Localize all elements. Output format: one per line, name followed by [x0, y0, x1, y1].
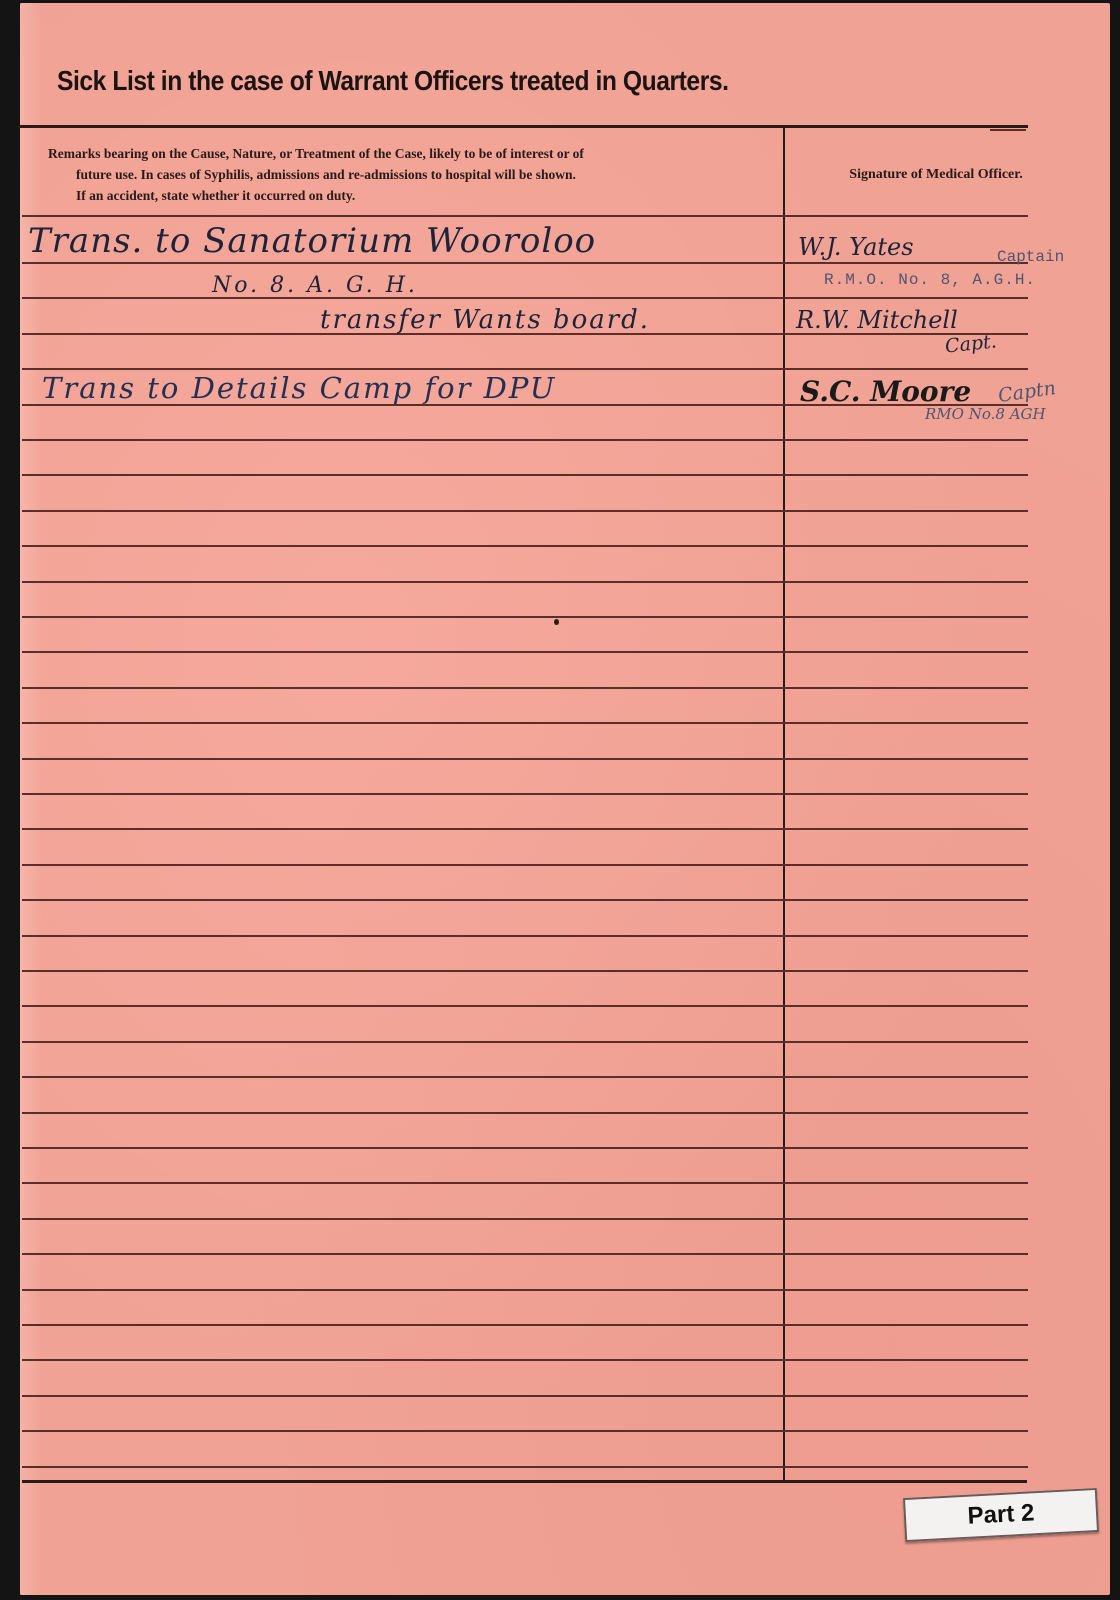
remarks-header-line-3: If an accident, state whether it occurre…: [48, 185, 768, 206]
ruled-line: [22, 1182, 1028, 1184]
ruled-line: [22, 474, 1028, 476]
ruled-line: [22, 1324, 1028, 1326]
ruled-line: [22, 758, 1028, 760]
ruled-line: [22, 1218, 1028, 1220]
ruled-line: [22, 1466, 1028, 1468]
ruled-line: [22, 1147, 1028, 1149]
entry-1-signature-2: R.W. Mitchell: [796, 306, 958, 334]
ruled-line: [22, 864, 1028, 866]
ruled-line: [22, 1253, 1028, 1255]
ruled-line: [22, 722, 1028, 724]
ruled-line: [22, 262, 1028, 264]
entry-1-remarks-line-3: transfer Wants board.: [320, 305, 650, 335]
table-bottom-border: [22, 1480, 1027, 1483]
ruled-line: [22, 899, 1028, 901]
ruled-line: [22, 616, 1028, 618]
ruled-line: [22, 970, 1028, 972]
document-page: Sick List in the case of Warrant Officer…: [20, 3, 1110, 1595]
ruled-line: [22, 651, 1028, 653]
entry-1-remarks-line-2: No. 8. A. G. H.: [212, 273, 418, 298]
ruled-line: [22, 545, 1028, 547]
ruled-line: [22, 687, 1028, 689]
ruled-line: [22, 1430, 1028, 1432]
column-divider: [783, 127, 785, 1482]
page-title: Sick List in the case of Warrant Officer…: [57, 65, 729, 97]
ruled-line: [22, 1112, 1028, 1114]
remarks-header-line-1: Remarks bearing on the Cause, Nature, or…: [48, 146, 584, 161]
ruled-line: [22, 510, 1028, 512]
ruled-line: [22, 1005, 1028, 1007]
ruled-line: [22, 1076, 1028, 1078]
ruled-line: [22, 935, 1028, 937]
ruled-line: [22, 793, 1028, 795]
remarks-header-line-2: future use. In cases of Syphilis, admiss…: [48, 164, 768, 185]
ruled-line: [22, 1359, 1028, 1361]
ink-spot: [554, 619, 559, 625]
part-label-text: Part 2: [967, 1499, 1035, 1530]
entry-2-rank: Captn: [997, 377, 1057, 407]
entry-2-remarks: Trans to Details Camp for DPU: [42, 371, 556, 405]
entry-1-rank-2: Capt.: [944, 330, 998, 357]
table-top-border: [18, 125, 1028, 128]
remarks-column-header: Remarks bearing on the Cause, Nature, or…: [48, 143, 768, 206]
entry-2-unit: RMO No.8 AGH: [925, 405, 1046, 423]
ruled-line: [22, 215, 1028, 217]
entry-1-signature: W.J. Yates: [798, 233, 914, 261]
ruled-line: [22, 1395, 1028, 1397]
signature-column-header: Signature of Medical Officer.: [806, 167, 1066, 183]
ruled-line: [22, 1289, 1028, 1291]
ruled-line: [22, 828, 1028, 830]
entry-1-unit: R.M.O. No. 8, A.G.H.: [824, 271, 1036, 289]
ruled-line: [22, 368, 1028, 370]
entry-2-signature: S.C. Moore: [800, 375, 971, 408]
ruled-line: [22, 1041, 1028, 1043]
ruled-line: [22, 439, 1028, 441]
entry-1-remarks: Trans. to Sanatorium Wooroloo: [28, 221, 596, 261]
part-label: Part 2: [903, 1488, 1099, 1542]
ruled-line: [22, 297, 1028, 299]
table-top-border-accent: [990, 129, 1026, 131]
ruled-line: [22, 581, 1028, 583]
entry-1-rank: Captain: [997, 248, 1064, 266]
